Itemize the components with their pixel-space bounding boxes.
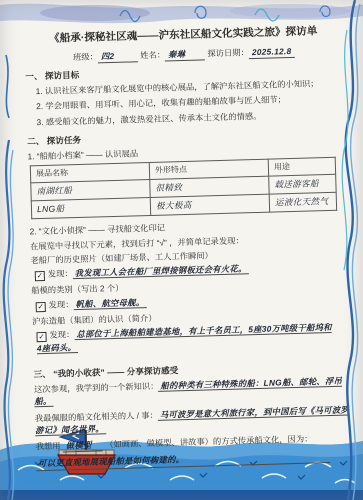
line3-prefix: 我想用 <box>35 441 60 452</box>
class-label: 班级： <box>73 51 98 62</box>
line3-answer: 可以更直观地展现船舶是如何构建的。 <box>36 449 330 471</box>
date-label: 探访日期： <box>207 47 249 58</box>
line2-label: 我最佩服的船文化相关的人 / 事： <box>35 409 158 422</box>
line1-label: 这次参观，我学到的一个新知识： <box>34 380 159 393</box>
cell-exhibit-feature: 极大极高 <box>150 194 269 215</box>
exhibits-table: 展品名称 外形特点 用途 南湖红船 很精致 载送游客船 LNG船 极大极高 运液… <box>30 157 337 219</box>
checkbox-checked-icon: ✓ <box>36 302 46 312</box>
find-label: 发现： <box>49 299 74 310</box>
line3-fill: 做模型 <box>63 441 103 453</box>
worksheet-content: 《船承·探秘社区魂——沪东社区船文化实践之旅》探访单 班级：四2 姓名：秦琳 探… <box>24 24 354 476</box>
name-label: 姓名： <box>140 49 165 60</box>
reflection-line: 我最佩服的船文化相关的人 / 事：马可波罗是意大利旅行家，到中国后写《马可波罗游… <box>35 403 354 437</box>
checkbox-checked-icon: ✓ <box>36 332 46 342</box>
left-ribbon <box>0 0 20 500</box>
cell-exhibit-name: LNG船 <box>31 198 150 219</box>
find-label: 发现： <box>49 329 74 340</box>
date-value: 2025.12.8 <box>249 47 295 59</box>
worksheet-photo: { "page": { "title": "《船承·探秘社区魂——沪东社区船文化… <box>0 0 363 500</box>
find-label: 发现： <box>48 269 73 280</box>
cell-exhibit-use: 运液化天然气 <box>269 193 336 213</box>
right-ribbon <box>335 0 363 500</box>
finding-answer: 我发现工人会在船厂里焊接钢板还会有火花。 <box>73 264 249 280</box>
finding-answer: 总部位于上海船舶建造基地，有上千名员工，5座30万吨级干船坞和4座码头。 <box>37 322 332 354</box>
name-value: 秦琳 <box>165 49 205 61</box>
class-value: 四2 <box>98 51 138 63</box>
col-header: 用途 <box>268 158 335 177</box>
checkbox-checked-icon: ✓ <box>35 271 45 281</box>
line3-suffix: （如画画、做模型、讲故事）的方式传承船文化，因为： <box>105 434 313 450</box>
cell-exhibit-use: 载送游客船 <box>269 175 336 195</box>
finding-answer: 帆船、航空母舰。 <box>73 297 146 310</box>
